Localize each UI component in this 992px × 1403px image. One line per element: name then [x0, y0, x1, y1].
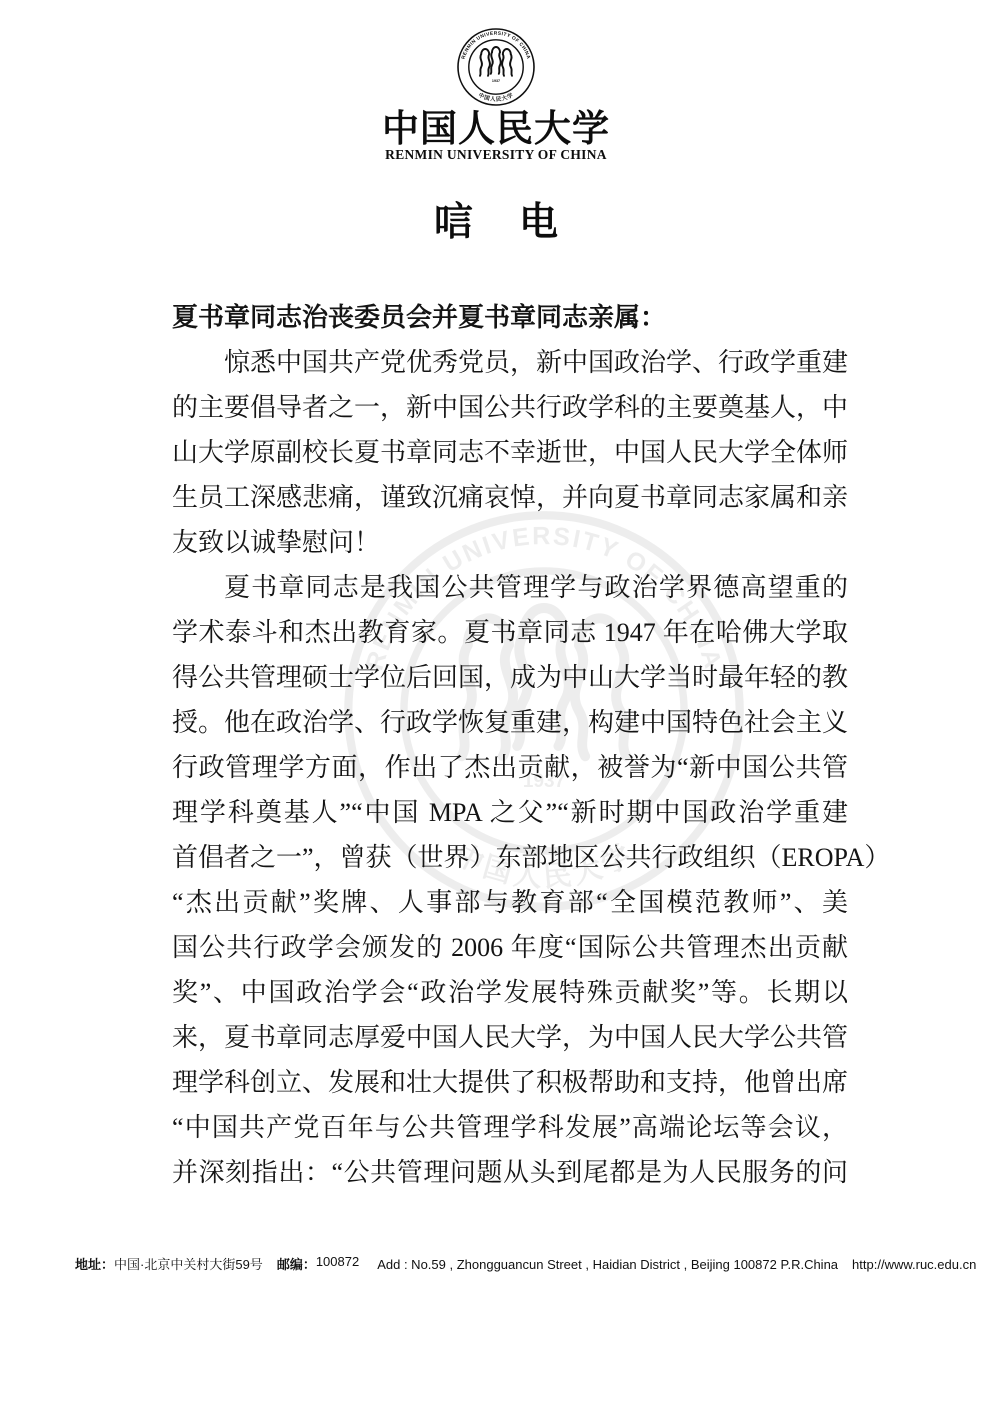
- document-title: 唁 电: [0, 191, 992, 247]
- body-line: 并深刻指出：“公共管理问题从头到尾都是为人民服务的问: [172, 1150, 848, 1195]
- body-line: 国公共行政学会颁发的 2006 年度“国际公共管理杰出贡献: [172, 925, 848, 970]
- body-line: 友致以诚挚慰问！: [172, 520, 848, 565]
- university-seal-icon: [456, 27, 536, 107]
- footer-postcode-label: 邮编：: [277, 1254, 316, 1273]
- footer-address-value: 中国·北京中关村大街59号: [114, 1254, 263, 1273]
- document-page: RENMIN UNIVERSITY OF CHINA 中国人民大学 1937 中…: [0, 0, 992, 1403]
- letter-body: 夏书章同志治丧委员会并夏书章同志亲属： 惊悉中国共产党优秀党员，新中国政治学、行…: [172, 295, 848, 1195]
- footer-address-en: Add : No.59 , Zhongguancun Street , Haid…: [377, 1257, 838, 1272]
- body-line: 夏书章同志是我国公共管理学与政治学界德高望重的: [172, 565, 848, 610]
- university-name-zh: 中国人民大学: [0, 98, 992, 152]
- body-line: 学术泰斗和杰出教育家。夏书章同志 1947 年在哈佛大学取: [172, 610, 848, 655]
- footer-address-label: 地址：: [75, 1254, 114, 1273]
- body-line: 惊悉中国共产党优秀党员，新中国政治学、行政学重建: [172, 340, 848, 385]
- body-line: 得公共管理硕士学位后回国，成为中山大学当时最年轻的教: [172, 655, 848, 700]
- university-name-en: RENMIN UNIVERSITY OF CHINA: [0, 147, 992, 163]
- body-line: 山大学原副校长夏书章同志不幸逝世，中国人民大学全体师: [172, 430, 848, 475]
- footer-address: 地址： 中国·北京中关村大街59号: [75, 1254, 263, 1273]
- body-line: “杰出贡献”奖牌、人事部与教育部“全国模范教师”、美: [172, 880, 848, 925]
- body-line: 奖”、中国政治学会“政治学发展特殊贡献奖”等。长期以: [172, 970, 848, 1015]
- body-line: 生员工深感悲痛，谨致沉痛哀悼，并向夏书章同志家属和亲: [172, 475, 848, 520]
- footer: 地址： 中国·北京中关村大街59号 邮编： 100872 Add : No.59…: [75, 1254, 923, 1273]
- body-line: 理学科创立、发展和壮大提供了积极帮助和支持，他曾出席: [172, 1060, 848, 1105]
- footer-postcode-value: 100872: [316, 1254, 359, 1273]
- body-line: 来，夏书章同志厚爱中国人民大学，为中国人民大学公共管: [172, 1015, 848, 1060]
- body-line: 行政管理学方面，作出了杰出贡献，被誉为“新中国公共管: [172, 745, 848, 790]
- body-line: 的主要倡导者之一，新中国公共行政学科的主要奠基人，中: [172, 385, 848, 430]
- body-line: 理学科奠基人”“中国 MPA 之父”“新时期中国政治学重建: [172, 790, 848, 835]
- title-char-2: 电: [519, 191, 558, 247]
- body-line: 首倡者之一”，曾获（世界）东部地区公共行政组织（EROPA）: [172, 835, 848, 880]
- title-char-1: 唁: [434, 191, 473, 247]
- footer-website-url: http://www.ruc.edu.cn: [852, 1257, 976, 1272]
- salutation: 夏书章同志治丧委员会并夏书章同志亲属：: [172, 295, 848, 340]
- body-line: “中国共产党百年与公共管理学科发展”高端论坛等会议，: [172, 1105, 848, 1150]
- footer-postcode: 邮编： 100872: [277, 1254, 359, 1273]
- body-line: 授。他在政治学、行政学恢复重建，构建中国特色社会主义: [172, 700, 848, 745]
